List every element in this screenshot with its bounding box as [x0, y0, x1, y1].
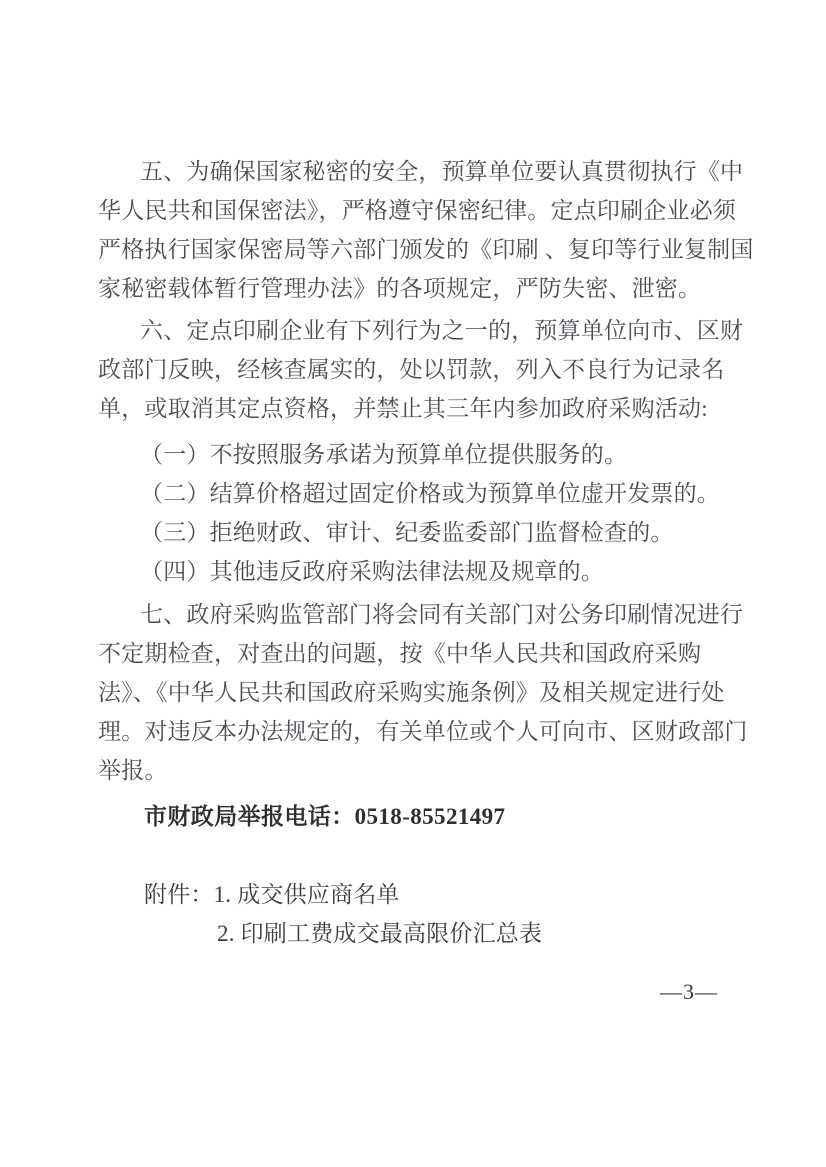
list-item-line: （四）其他违反政府采购法律法规及规章的。 [98, 552, 754, 591]
body-line: 法》、《中华人民共和国政府采购实施条例》及相关规定进行处 [98, 673, 754, 712]
list-item-line: （二）结算价格超过固定价格或为预算单位虚开发票的。 [98, 474, 754, 513]
body-line: 五、为确保国家秘密的安全，预算单位要认真贯彻执行《中 [98, 152, 754, 191]
document-page: 五、为确保国家秘密的安全，预算单位要认真贯彻执行《中 华人民共和国保密法》，严格… [0, 0, 826, 1167]
attachment-line-2: 2. 印刷工费成交最高限价汇总表 [98, 914, 754, 953]
list-item-line: （一）不按照服务承诺为预算单位提供服务的。 [98, 435, 754, 474]
body-line: 举报。 [98, 751, 754, 790]
page-number: —3— [660, 978, 718, 1006]
body-line: 七、政府采购监管部门将会同有关部门对公务印刷情况进行 [98, 595, 754, 634]
body-line: 六、定点印刷企业有下列行为之一的，预算单位向市、区财 [98, 311, 754, 350]
list-item-line: （三）拒绝财政、审计、纪委监委部门监督检查的。 [98, 513, 754, 552]
body-line: 不定期检查，对查出的问题，按《中华人民共和国政府采购 [98, 634, 754, 673]
body-line: 家秘密载体暂行管理办法》的各项规定，严防失密、泄密。 [98, 269, 754, 308]
body-line: 严格执行国家保密局等六部门颁发的《印刷 、复印等行业复制国 [98, 230, 754, 269]
attachment-line-1: 附件：1. 成交供应商名单 [98, 875, 754, 914]
body-line: 政部门反映，经核查属实的，处以罚款，列入不良行为记录名 [98, 350, 754, 389]
body-line: 华人民共和国保密法》，严格遵守保密纪律。定点印刷企业必须 [98, 191, 754, 230]
body-line: 单，或取消其定点资格，并禁止其三年内参加政府采购活动: [98, 389, 754, 428]
body-line: 理。对违反本办法规定的，有关单位或个人可向市、区财政部门 [98, 712, 754, 751]
phone-line: 市财政局举报电话：0518-85521497 [98, 797, 754, 836]
document-body: 五、为确保国家秘密的安全，预算单位要认真贯彻执行《中 华人民共和国保密法》，严格… [98, 152, 754, 953]
